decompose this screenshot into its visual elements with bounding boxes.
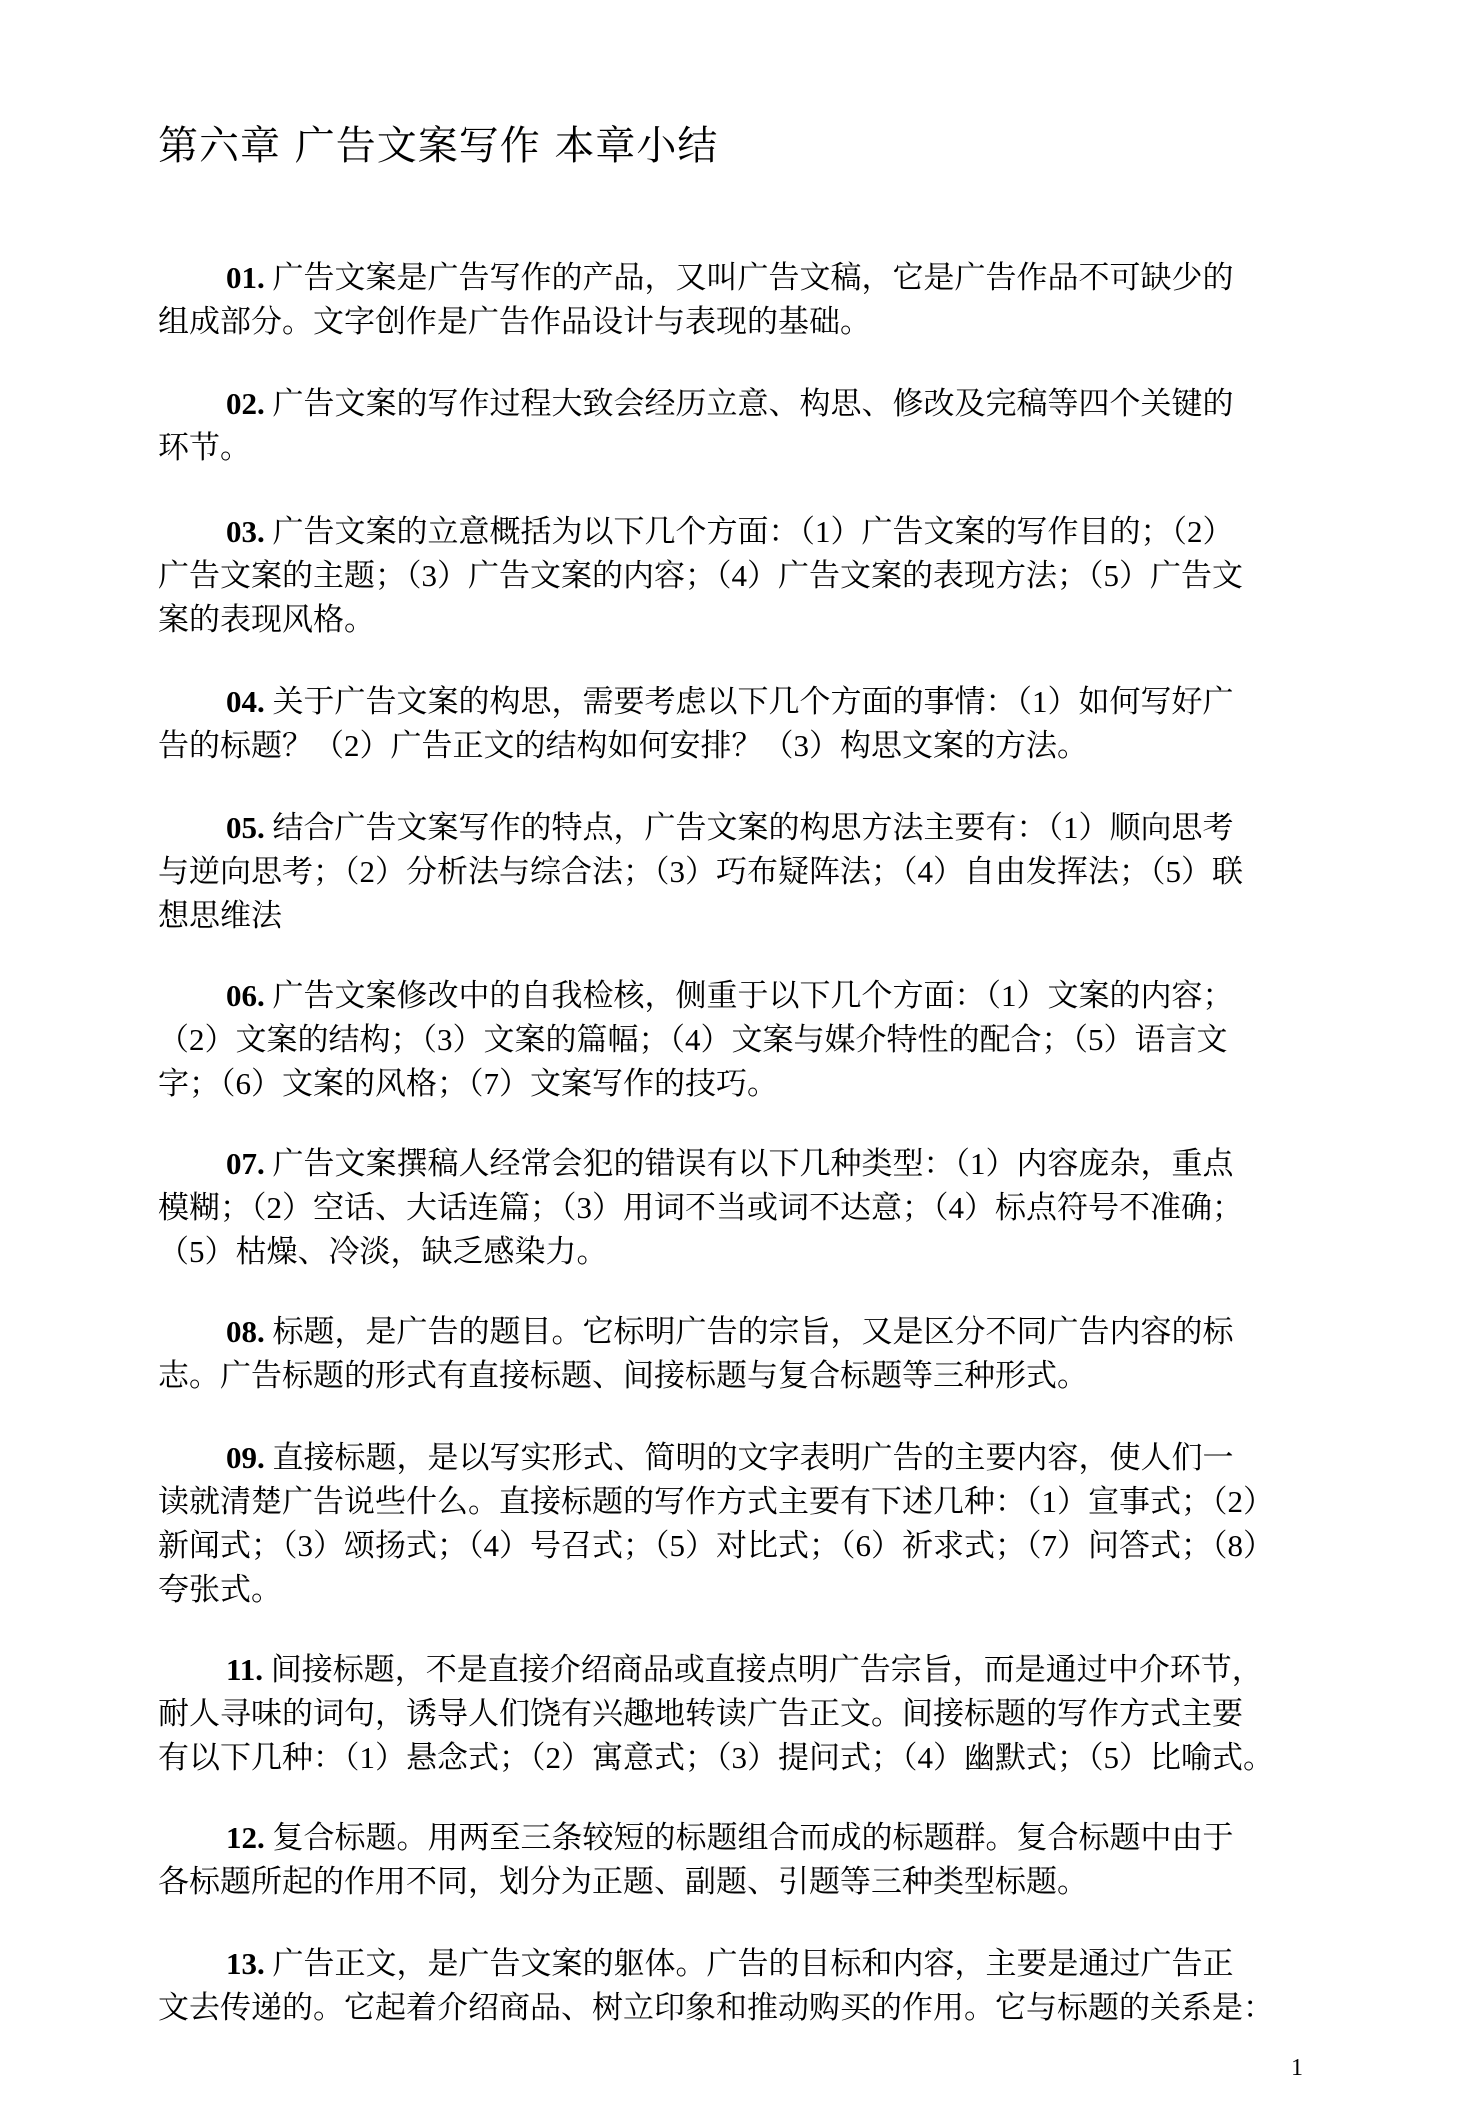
item-text: 志。广告标题的形式有直接标题、间接标题与复合标题等三种形式。 — [158, 1354, 1318, 1398]
item-text: 广告文案是广告写作的产品，又叫广告文稿，它是广告作品不可缺少的 — [265, 260, 1234, 295]
item-text: 结合广告文案写作的特点，广告文案的构思方法主要有：（1）顺向思考 — [265, 810, 1234, 845]
item-text: 间接标题，不是直接介绍商品或直接点明广告宗旨，而是通过中介环节， — [263, 1652, 1263, 1687]
summary-item-02: 02. 广告文案的写作过程大致会经历立意、构思、修改及完稿等四个关键的 环节。 — [158, 382, 1318, 470]
item-number: 02. — [226, 386, 265, 421]
item-text: 标题，是广告的题目。它标明广告的宗旨，又是区分不同广告内容的标 — [265, 1314, 1234, 1349]
item-text: 告的标题？（2）广告正文的结构如何安排？（3）构思文案的方法。 — [158, 724, 1318, 768]
item-number: 05. — [226, 810, 265, 845]
item-text: 案的表现风格。 — [158, 598, 1318, 642]
item-text: 耐人寻味的词句，诱导人们饶有兴趣地转读广告正文。间接标题的写作方式主要 — [158, 1692, 1318, 1736]
item-number: 11. — [226, 1652, 263, 1687]
item-text: （5）枯燥、冷淡，缺乏感染力。 — [158, 1230, 1318, 1274]
item-text: 字；（6）文案的风格；（7）文案写作的技巧。 — [158, 1062, 1318, 1106]
item-text: 环节。 — [158, 426, 1318, 470]
summary-item-09: 09. 直接标题，是以写实形式、简明的文字表明广告的主要内容，使人们一 读就清楚… — [158, 1436, 1318, 1612]
item-number: 12. — [226, 1820, 265, 1855]
item-text: 模糊；（2）空话、大话连篇；（3）用词不当或词不达意；（4）标点符号不准确； — [158, 1186, 1318, 1230]
summary-item-05: 05. 结合广告文案写作的特点，广告文案的构思方法主要有：（1）顺向思考 与逆向… — [158, 806, 1318, 938]
chapter-title: 第六章 广告文案写作 本章小结 — [158, 118, 718, 174]
item-number: 04. — [226, 684, 265, 719]
summary-item-03: 03. 广告文案的立意概括为以下几个方面：（1）广告文案的写作目的；（2） 广告… — [158, 510, 1318, 642]
item-text: 各标题所起的作用不同，划分为正题、副题、引题等三种类型标题。 — [158, 1860, 1318, 1904]
item-text: 广告文案的写作过程大致会经历立意、构思、修改及完稿等四个关键的 — [265, 386, 1234, 421]
summary-item-13: 13. 广告正文，是广告文案的躯体。广告的目标和内容，主要是通过广告正 文去传递… — [158, 1942, 1318, 2030]
item-text: 直接标题，是以写实形式、简明的文字表明广告的主要内容，使人们一 — [265, 1440, 1234, 1475]
item-text: 广告文案撰稿人经常会犯的错误有以下几种类型：（1）内容庞杂，重点 — [265, 1146, 1234, 1181]
item-text: 与逆向思考；（2）分析法与综合法；（3）巧布疑阵法；（4）自由发挥法；（5）联 — [158, 850, 1318, 894]
summary-item-08: 08. 标题，是广告的题目。它标明广告的宗旨，又是区分不同广告内容的标 志。广告… — [158, 1310, 1318, 1398]
page-number: 1 — [1291, 2055, 1303, 2082]
item-text: 读就清楚广告说些什么。直接标题的写作方式主要有下述几种：（1）宣事式；（2） — [158, 1480, 1318, 1524]
item-text: 想思维法 — [158, 894, 1318, 938]
item-number: 01. — [226, 260, 265, 295]
item-text: 广告文案修改中的自我检核，侧重于以下几个方面：（1）文案的内容； — [265, 978, 1234, 1013]
item-number: 08. — [226, 1314, 265, 1349]
summary-item-11: 11. 间接标题，不是直接介绍商品或直接点明广告宗旨，而是通过中介环节， 耐人寻… — [158, 1648, 1318, 1780]
item-number: 03. — [226, 514, 265, 549]
summary-item-01: 01. 广告文案是广告写作的产品，又叫广告文稿，它是广告作品不可缺少的 组成部分… — [158, 256, 1318, 344]
item-text: 关于广告文案的构思，需要考虑以下几个方面的事情：（1）如何写好广 — [265, 684, 1234, 719]
item-text: 广告文案的立意概括为以下几个方面：（1）广告文案的写作目的；（2） — [265, 514, 1234, 549]
summary-item-06: 06. 广告文案修改中的自我检核，侧重于以下几个方面：（1）文案的内容； （2）… — [158, 974, 1318, 1106]
item-text: 组成部分。文字创作是广告作品设计与表现的基础。 — [158, 300, 1318, 344]
item-text: 夸张式。 — [158, 1568, 1318, 1612]
item-text: 有以下几种：（1）悬念式；（2）寓意式；（3）提问式；（4）幽默式；（5）比喻式… — [158, 1736, 1318, 1780]
item-text: 广告正文，是广告文案的躯体。广告的目标和内容，主要是通过广告正 — [265, 1946, 1234, 1981]
item-number: 13. — [226, 1946, 265, 1981]
item-text: 广告文案的主题；（3）广告文案的内容；（4）广告文案的表现方法；（5）广告文 — [158, 554, 1318, 598]
summary-item-07: 07. 广告文案撰稿人经常会犯的错误有以下几种类型：（1）内容庞杂，重点 模糊；… — [158, 1142, 1318, 1274]
item-number: 06. — [226, 978, 265, 1013]
item-text: 复合标题。用两至三条较短的标题组合而成的标题群。复合标题中由于 — [265, 1820, 1234, 1855]
item-text: 新闻式；（3）颂扬式；（4）号召式；（5）对比式；（6）祈求式；（7）问答式；（… — [158, 1524, 1318, 1568]
item-number: 09. — [226, 1440, 265, 1475]
document-page: 第六章 广告文案写作 本章小结 01. 广告文案是广告写作的产品，又叫广告文稿，… — [0, 0, 1476, 2106]
item-number: 07. — [226, 1146, 265, 1181]
summary-item-12: 12. 复合标题。用两至三条较短的标题组合而成的标题群。复合标题中由于 各标题所… — [158, 1816, 1318, 1904]
item-text: 文去传递的。它起着介绍商品、树立印象和推动购买的作用。它与标题的关系是： — [158, 1986, 1318, 2030]
summary-item-04: 04. 关于广告文案的构思，需要考虑以下几个方面的事情：（1）如何写好广 告的标… — [158, 680, 1318, 768]
item-text: （2）文案的结构；（3）文案的篇幅；（4）文案与媒介特性的配合；（5）语言文 — [158, 1018, 1318, 1062]
